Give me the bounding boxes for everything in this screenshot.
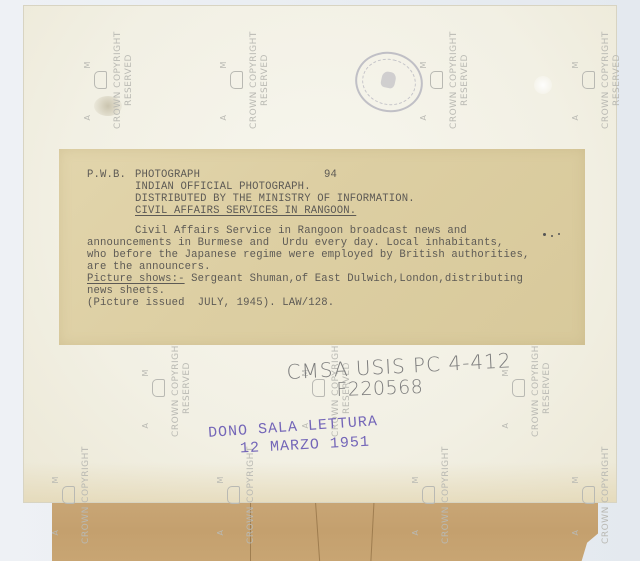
paper-crease (370, 500, 374, 561)
crown-icon (512, 379, 525, 397)
crown-icon (422, 486, 435, 504)
picture-issued-line: (Picture issued JULY, 1945). LAW/128. (87, 298, 334, 309)
crown-copyright-watermark: A M CROWN COPYRIGHT (410, 435, 460, 555)
ink-spot (551, 235, 553, 237)
paper-crease (315, 500, 320, 561)
caption-title: CIVIL AFFAIRS SERVICES IN RANGOON. (135, 206, 356, 217)
picture-shows-continuation: news sheets. (87, 286, 165, 297)
ink-spot (543, 233, 546, 236)
crown-icon (582, 486, 595, 504)
crown-copyright-watermark: A M CROWN COPYRIGHT RESERVED (500, 328, 550, 448)
crown-icon (94, 71, 107, 89)
pwb-prefix: P.W.B. (87, 170, 126, 181)
picture-shows-label: Picture shows:- (87, 273, 185, 285)
picture-shows-line: Picture shows:- Sergeant Shuman,of East … (87, 274, 523, 285)
crown-copyright-watermark: A M CROWN COPYRIGHT RESERVED (418, 20, 468, 140)
kraft-paper-backing (52, 500, 598, 561)
crown-icon (230, 71, 243, 89)
ink-spot (558, 233, 560, 235)
crown-copyright-watermark: A M CROWN COPYRIGHT (570, 435, 620, 555)
photo-number: 94 (324, 170, 337, 181)
picture-shows-text: Sergeant Shuman,of East Dulwich,London,d… (185, 273, 523, 285)
crown-copyright-watermark: A M CROWN COPYRIGHT RESERVED (82, 20, 132, 140)
crown-icon (227, 486, 240, 504)
crown-copyright-watermark: A M CROWN COPYRIGHT RESERVED (140, 328, 190, 448)
crown-copyright-watermark: A M CROWN COPYRIGHT (50, 435, 100, 555)
caption-body-line: Civil Affairs Service in Rangoon broadca… (135, 226, 467, 237)
crown-icon (152, 379, 165, 397)
caption-body-line: are the announcers. (87, 262, 211, 273)
caption-label: P.W.B. PHOTOGRAPH 94 INDIAN OFFICIAL PHO… (59, 149, 585, 345)
distributed-by-line: DISTRIBUTED BY THE MINISTRY OF INFORMATI… (135, 194, 415, 205)
photograph-heading: PHOTOGRAPH (135, 170, 200, 181)
official-photograph-line: INDIAN OFFICIAL PHOTOGRAPH. (135, 182, 311, 193)
crown-copyright-watermark: A M CROWN COPYRIGHT RESERVED (218, 20, 268, 140)
pencil-inventory-number: F220568 (336, 376, 424, 401)
crown-icon (62, 486, 75, 504)
crown-copyright-watermark: A M CROWN COPYRIGHT RESERVED (570, 20, 620, 140)
aging-stain (24, 462, 616, 502)
crown-icon (430, 71, 443, 89)
caption-body-line: who before the Japanese regime were empl… (87, 250, 530, 261)
seal-emblem (380, 71, 397, 90)
paper-blemish (534, 76, 552, 94)
caption-body-line: announcements in Burmese and Urdu every … (87, 238, 503, 249)
crown-icon (582, 71, 595, 89)
